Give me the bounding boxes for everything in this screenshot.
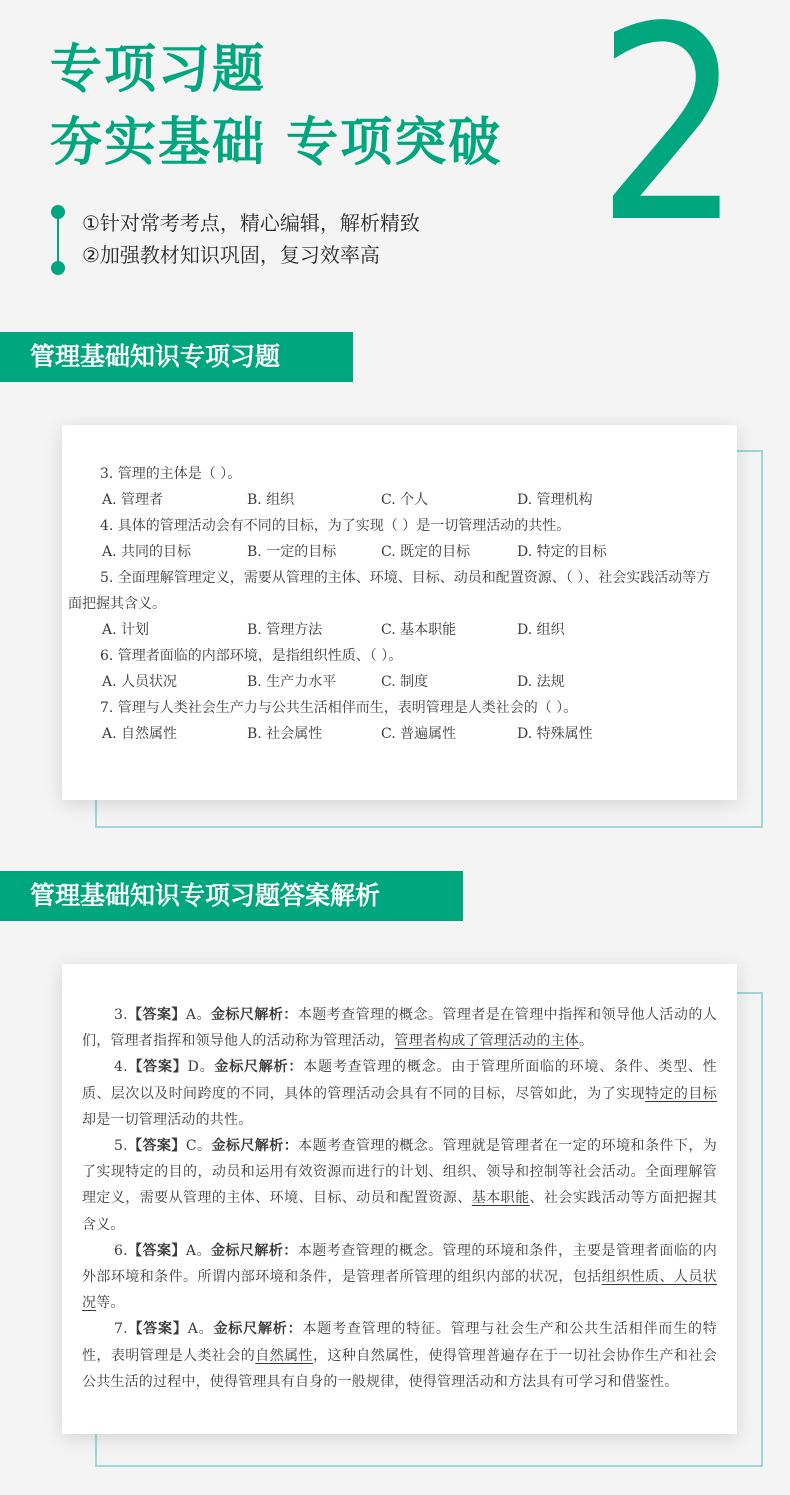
option: C. 既定的目标 bbox=[381, 539, 517, 565]
answer-number: 3. bbox=[114, 1007, 128, 1023]
feature-bullets: ①针对常考考点，精心编辑，解析精致 ②加强教材知识巩固，复习效率高 bbox=[82, 207, 420, 271]
questions-card: 3. 管理的主体是（ ）。 A. 管理者 B. 组织 C. 个人 D. 管理机构… bbox=[62, 425, 737, 800]
question-options: A. 人员状况 B. 生产力水平 C. 制度 D. 法规 bbox=[68, 669, 719, 695]
explanation-text: 等。 bbox=[96, 1295, 124, 1311]
key-point-underlined: 基本职能 bbox=[472, 1190, 530, 1206]
option: B. 管理方法 bbox=[247, 617, 381, 643]
option: B. 组织 bbox=[247, 487, 381, 513]
key-point-underlined: 特定的目标 bbox=[645, 1086, 717, 1102]
question-stem: 5. 全面理解管理定义，需要从管理的主体、环境、目标、动员和配置资源、（ ）、社… bbox=[68, 565, 719, 617]
option: A. 计划 bbox=[102, 617, 247, 643]
option: C. 制度 bbox=[381, 669, 517, 695]
option: B. 生产力水平 bbox=[247, 669, 381, 695]
explanation-label: 金标尺解析： bbox=[214, 1059, 303, 1075]
answer-explanation: 4.【答案】D。金标尺解析：本题考查管理的概念。由于管理所面临的环境、条件、类型… bbox=[82, 1054, 717, 1133]
question-stem: 6. 管理者面临的内部环境，是指组织性质、（ ）。 bbox=[68, 643, 719, 669]
explanation-label: 金标尺解析： bbox=[211, 1243, 298, 1259]
section-number: 2 bbox=[596, 0, 743, 260]
explanation-text: 却是一切管理活动的共性。 bbox=[82, 1112, 252, 1128]
answer-number: 6. bbox=[114, 1243, 128, 1259]
answer-choice: C。 bbox=[186, 1138, 212, 1154]
explanation-label: 金标尺解析： bbox=[211, 1138, 298, 1154]
option: C. 基本职能 bbox=[381, 617, 517, 643]
option: B. 一定的目标 bbox=[247, 539, 381, 565]
answer-tag: 【答案】 bbox=[128, 1059, 188, 1075]
answer-number: 7. bbox=[114, 1321, 128, 1337]
key-point-underlined: 管理者构成了管理活动的主体 bbox=[394, 1033, 579, 1049]
answer-explanation: 5.【答案】C。金标尺解析：本题考查管理的概念。管理就是管理者在一定的环境和条件… bbox=[82, 1133, 717, 1238]
option: C. 普遍属性 bbox=[381, 721, 517, 747]
answer-tag: 【答案】 bbox=[128, 1321, 188, 1337]
answer-tag: 【答案】 bbox=[128, 1007, 186, 1023]
hero-title: 专项习题 bbox=[50, 40, 266, 100]
answer-choice: A。 bbox=[186, 1243, 211, 1259]
feature-bullet: ①针对常考考点，精心编辑，解析精致 bbox=[82, 207, 420, 239]
option: A. 人员状况 bbox=[102, 669, 247, 695]
option: D. 管理机构 bbox=[517, 487, 593, 513]
option: B. 社会属性 bbox=[247, 721, 381, 747]
explanation-text: 。 bbox=[579, 1033, 593, 1049]
option: D. 特殊属性 bbox=[517, 721, 593, 747]
feature-bullet: ②加强教材知识巩固，复习效率高 bbox=[82, 239, 420, 271]
answer-number: 5. bbox=[114, 1138, 128, 1154]
option: A. 共同的目标 bbox=[102, 539, 247, 565]
answer-explanation: 3.【答案】A。金标尺解析：本题考查管理的概念。管理者是在管理中指挥和领导他人活… bbox=[82, 1002, 717, 1054]
answers-card: 3.【答案】A。金标尺解析：本题考查管理的概念。管理者是在管理中指挥和领导他人活… bbox=[62, 964, 737, 1434]
question-options: A. 管理者 B. 组织 C. 个人 D. 管理机构 bbox=[68, 487, 719, 513]
key-point-underlined: 自然属性 bbox=[255, 1348, 313, 1364]
answer-tag: 【答案】 bbox=[128, 1138, 186, 1154]
hero-subtitle: 夯实基础 专项突破 bbox=[50, 113, 502, 173]
question-options: A. 自然属性 B. 社会属性 C. 普遍属性 D. 特殊属性 bbox=[68, 721, 719, 747]
answer-choice: A。 bbox=[186, 1007, 211, 1023]
bullet-timeline-decoration bbox=[50, 203, 66, 275]
question-stem: 4. 具体的管理活动会有不同的目标，为了实现（ ）是一切管理活动的共性。 bbox=[68, 513, 719, 539]
timeline-dot-icon bbox=[51, 261, 65, 275]
option: C. 个人 bbox=[381, 487, 517, 513]
option: D. 组织 bbox=[517, 617, 565, 643]
answer-number: 4. bbox=[114, 1059, 128, 1075]
option: A. 管理者 bbox=[102, 487, 247, 513]
answer-explanation: 6.【答案】A。金标尺解析：本题考查管理的概念。管理的环境和条件，主要是管理者面… bbox=[82, 1238, 717, 1317]
question-options: A. 计划 B. 管理方法 C. 基本职能 D. 组织 bbox=[68, 617, 719, 643]
answer-tag: 【答案】 bbox=[128, 1243, 186, 1259]
section-banner-answers: 管理基础知识专项习题答案解析 bbox=[0, 871, 463, 921]
option: D. 法规 bbox=[517, 669, 565, 695]
option: A. 自然属性 bbox=[102, 721, 247, 747]
timeline-dot-icon bbox=[51, 205, 65, 219]
explanation-label: 金标尺解析： bbox=[211, 1007, 298, 1023]
section-banner-questions: 管理基础知识专项习题 bbox=[0, 332, 353, 382]
answer-explanation: 7.【答案】A。金标尺解析：本题考查管理的特征。管理与社会生产和公共生活相伴而生… bbox=[82, 1316, 717, 1395]
answer-choice: A。 bbox=[188, 1321, 214, 1337]
question-stem: 7. 管理与人类社会生产力与公共生活相伴而生，表明管理是人类社会的（ ）。 bbox=[68, 695, 719, 721]
question-options: A. 共同的目标 B. 一定的目标 C. 既定的目标 D. 特定的目标 bbox=[68, 539, 719, 565]
answer-choice: D。 bbox=[188, 1059, 215, 1075]
explanation-label: 金标尺解析： bbox=[213, 1321, 302, 1337]
option: D. 特定的目标 bbox=[517, 539, 607, 565]
question-stem: 3. 管理的主体是（ ）。 bbox=[68, 461, 719, 487]
